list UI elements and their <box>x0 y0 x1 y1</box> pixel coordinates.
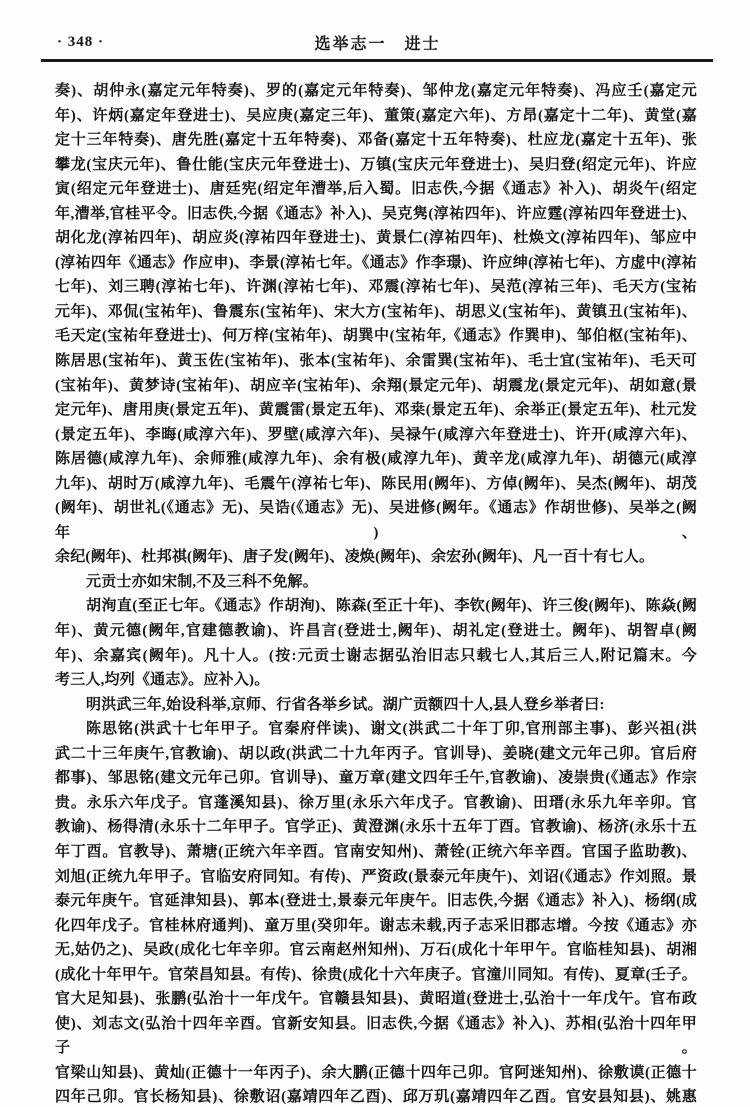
body-line: (阙年)、胡世礼(《通志》无)、吴诰(《通志》无)、吴进修(阙年。《通志》作胡世… <box>55 496 697 545</box>
body-line: 寅(绍定元年登进士)、唐廷宪(绍定年漕举,后入蜀。旧志佚,今据《通志》补入)、胡… <box>55 177 697 202</box>
body-line: 定元年)、唐用庚(景定五年)、黄震雷(景定五年)、邓桒(景定五年)、余举正(景定… <box>55 398 697 423</box>
body-line: 化四年戊子。官桂林府通判)、童万里(癸卯年。谢志未载,丙子志采旧郡志增。今按《通… <box>55 914 697 939</box>
body-line: 武二十三年庚午,官教谕)、胡以政(洪武二十九年丙子。官训导)、姜晓(建文元年己卯… <box>55 742 697 767</box>
body-line: (景定五年)、李晦(咸淳六年)、罗壁(咸淳六年)、吴禄午(咸淳六年登进士)、许开… <box>55 423 697 448</box>
header-rule <box>41 59 713 62</box>
body-line: 年)、许炳(嘉定年登进士)、吴应庚(嘉定三年)、董策(嘉定六年)、方昂(嘉定十二… <box>55 104 697 129</box>
body-line: 年)、余嘉宾(阙年)。凡十人。(按:元贡士谢志据弘治旧志只载七人,其后三人,附记… <box>55 644 697 669</box>
body-line: 毛天定(宝祐年登进士)、何万梓(宝祐年)、胡巽中(宝祐年,《通志》作巽申)、邹伯… <box>55 324 697 349</box>
body-line: 奏)、胡仲永(嘉定元年特奏)、罗的(嘉定元年特奏)、邹仲龙(嘉定元年特奏)、冯应… <box>55 79 697 104</box>
body-line: 陈思铭(洪武十七年甲子。官秦府伴读)、谢文(洪武二十年丁卯,官刑部主事)、彭兴祖… <box>55 717 697 742</box>
body-line: 年)、黄元德(阙年,官建德教谕)、许昌言(登进士,阙年)、胡礼定(登进士。阙年)… <box>55 619 697 644</box>
body-line: 胡化龙(淳祐四年)、胡应炎(淳祐四年登进士)、黄景仁(淳祐四年)、杜焕文(淳祐四… <box>55 226 697 251</box>
body-line: 泰元年庚午。官延津知县)、郭本(登进士,景泰元年庚午。旧志佚,今据《通志》补入)… <box>55 889 697 914</box>
body-line: 陈居思(宝祐年)、黄玉佐(宝祐年)、张本(宝祐年)、余雷巽(宝祐年)、毛士宜(宝… <box>55 349 697 374</box>
body-line: 四年己卯。官长杨知县)、徐敷诏(嘉靖四年乙酉)、邱万玑(嘉靖四年乙酉。官安县知县… <box>55 1085 697 1107</box>
body-line: 陈居德(咸淳九年)、余师雅(咸淳九年)、余有极(咸淳九年)、黄辛龙(咸淳九年)、… <box>55 447 697 472</box>
body-line: (成化十年甲午。官荣昌知县。有传)、徐贵(成化十六年庚子。官潼川同知。有传)、夏… <box>55 963 697 988</box>
body-line: 胡洵直(至正七年。《通志》作胡洵)、陈森(至正十年)、李钦(阙年)、许三俊(阙年… <box>55 594 697 619</box>
scanned-book-page: · 348 · 选举志一 进士 奏)、胡仲永(嘉定元年特奏)、罗的(嘉定元年特奏… <box>0 0 750 1107</box>
body-line: 九年)、胡时万(咸淳九年)、毛震午(淳祐七年)、陈民用(阙年)、方倬(阙年)、吴… <box>55 472 697 497</box>
body-line: 无,姑仍之)、吴政(成化七年辛卯。官云南赵州知州)、万石(成化十年甲午。官临桂知… <box>55 938 697 963</box>
body-line: (淳祐四年《通志》作应申)、李景(淳祐七年。《通志》作李璟)、许应绅(淳祐七年)… <box>55 251 697 276</box>
body-line: 考三人,均列《通志》。应补入)。 <box>55 668 697 693</box>
body-line: 教谕)、杨得清(永乐十二年甲子。官学正)、黄澄渊(永乐十五年丁酉。官教谕)、杨济… <box>55 815 697 840</box>
body-line: 使)、刘志文(弘治十四年辛酉。官新安知县。旧志佚,今据《通志》补入)、苏相(弘治… <box>55 1012 697 1061</box>
body-line: 攀龙(宝庆元年)、鲁仕能(宝庆元年登进士)、万镇(宝庆元年登进士)、吴归登(绍定… <box>55 153 697 178</box>
page-body: 奏)、胡仲永(嘉定元年特奏)、罗的(嘉定元年特奏)、邹仲龙(嘉定元年特奏)、冯应… <box>55 79 697 1107</box>
body-line: 都事)、邹思铭(建文元年己卯。官训导)、童万章(建文四年壬午,官教谕)、凌崇贵(… <box>55 766 697 791</box>
running-title: 选举志一 进士 <box>55 31 700 54</box>
body-line: 年丁酉。官教导)、萧塘(正统六年辛酉。官南安知州)、萧铨(正统六年辛酉。官国子监… <box>55 840 697 865</box>
body-line: 官梁山知县)、黄灿(正德十一年丙子)、余大鹏(正德十四年己卯。官阿迷知州)、徐敷… <box>55 1061 697 1086</box>
body-line: (宝祐年)、黄梦诗(宝祐年)、胡应辛(宝祐年)、余翔(景定元年)、胡震龙(景定元… <box>55 374 697 399</box>
body-line: 明洪武三年,始设科举,京师、行省各举乡试。湖广贡额四十人,县人登乡举者曰: <box>55 693 697 718</box>
body-line: 元年)、邓侃(宝祐年)、鲁震东(宝祐年)、宋大方(宝祐年)、胡思义(宝祐年)、黄… <box>55 300 697 325</box>
body-line: 年,漕举,官桂平令。旧志佚,今据《通志》补入)、吴克隽(淳祐四年)、许应霆(淳祐… <box>55 202 697 227</box>
body-line: 定十三年特奏)、唐先胜(嘉定十五年特奏)、邓备(嘉定十五年特奏)、杜应龙(嘉定十… <box>55 128 697 153</box>
body-line: 刘旭(正统九年甲子。官临安府同知。有传)、严资政(景泰元年庚午)、刘诏(《通志》… <box>55 865 697 890</box>
body-line: 余纪(阙年)、杜邦祺(阙年)、唐子发(阙年)、凌焕(阙年)、余宏孙(阙年)、凡一… <box>55 545 697 570</box>
body-line: 元贡士亦如宋制,不及三科不免解。 <box>55 570 697 595</box>
body-line: 七年)、刘三聘(淳祐七年)、许渊(淳祐七年)、邓震(淳祐七年)、吴范(淳祐三年)… <box>55 275 697 300</box>
page-header: · 348 · 选举志一 进士 <box>55 31 700 57</box>
body-line: 贵。永乐六年戊子。官蓬溪知县)、徐万里(永乐六年戊子。官教谕)、田瑨(永乐九年辛… <box>55 791 697 816</box>
body-line: 官大足知县)、张鹏(弘治十一年戊午。官赣县知县)、黄昭道(登进士,弘治十一年戊午… <box>55 987 697 1012</box>
